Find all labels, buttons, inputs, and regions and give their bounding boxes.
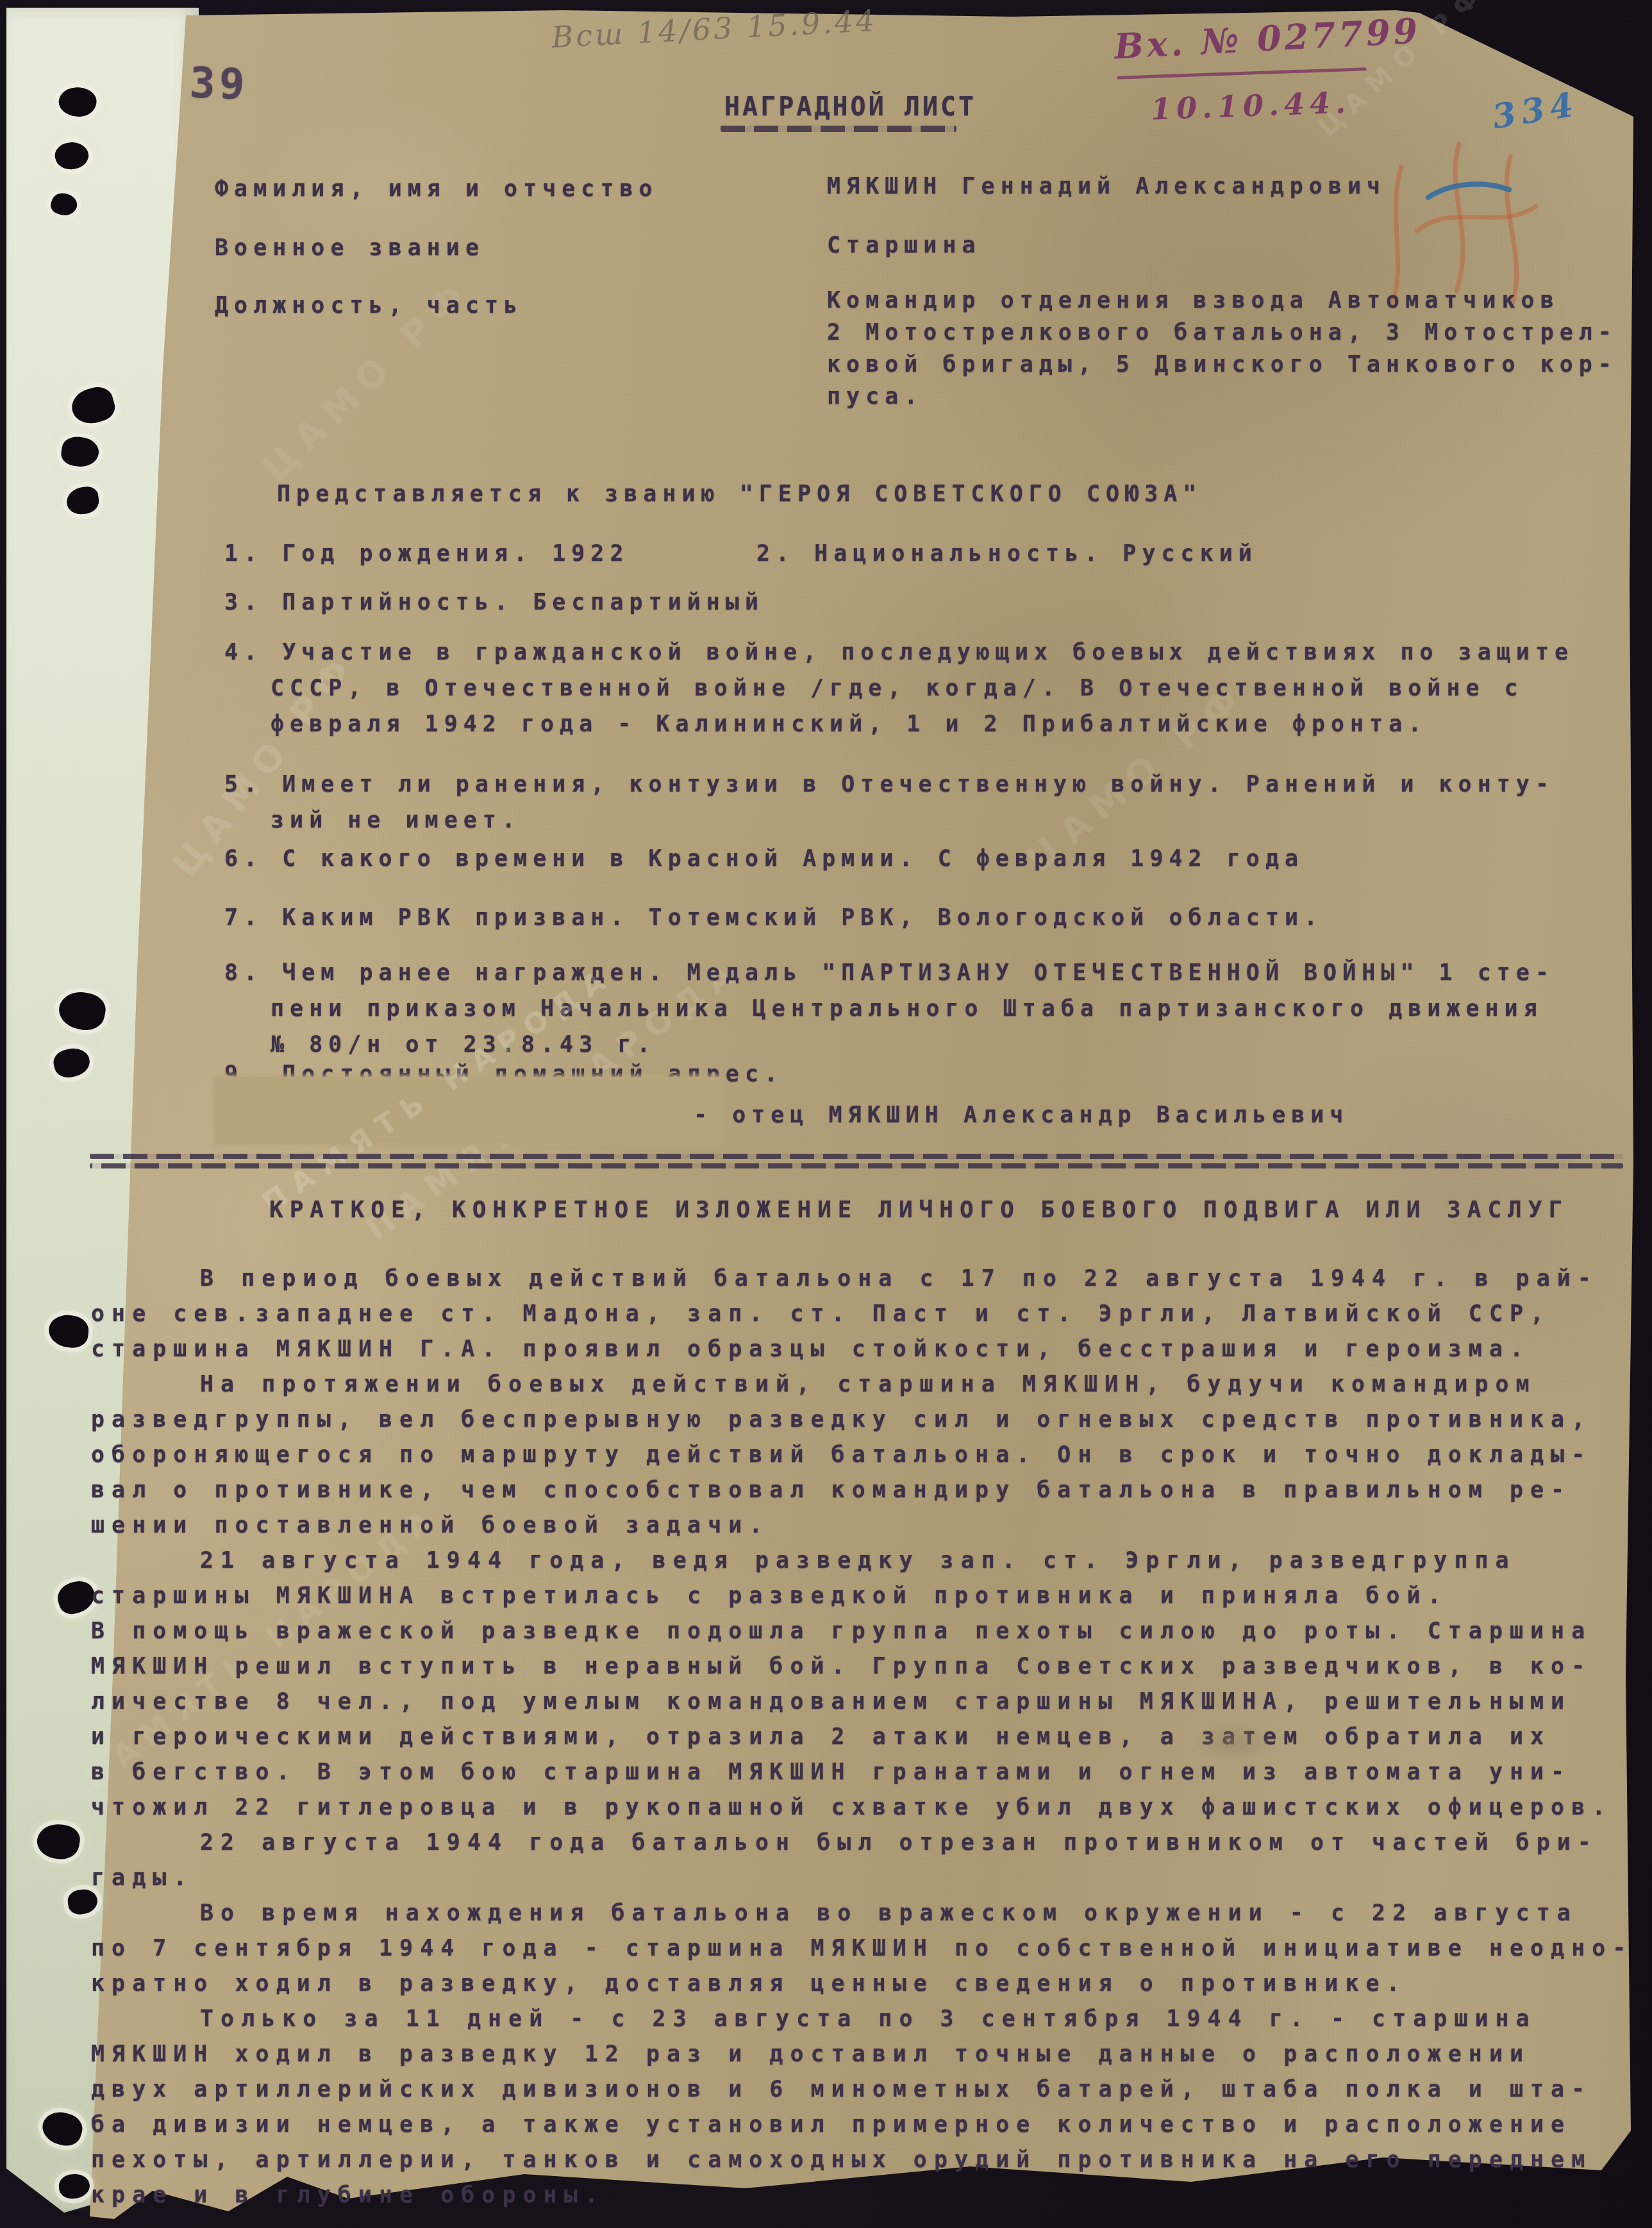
blue-checkmark-icon	[1424, 177, 1514, 204]
body-paragraph: 22 августа 1944 года батальон был отреза…	[91, 1825, 1642, 1896]
body-paragraph: На протяжении боевых действий, старшина …	[91, 1367, 1642, 1543]
section-header: КРАТКОЕ, КОНКРЕТНОЕ ИЗЛОЖЕНИЕ ЛИЧНОГО БО…	[269, 1192, 1569, 1227]
item-army-since: 6. С какого времени в Красной Армии. С ф…	[224, 841, 1304, 877]
ink-smudge	[1192, 1723, 1276, 1761]
field-name-label: Фамилия, имя и отчество	[215, 172, 658, 207]
page-stamp: 39	[189, 58, 249, 109]
title-underline	[721, 126, 956, 132]
field-position-label: Должность, часть	[215, 288, 523, 324]
item-birth-year: 1. Год рождения. 1922	[224, 536, 630, 572]
scanned-award-document: ЦАМО РФ ЦАМО РФ ПАМЯТЬ НАРОДА ЦАМО РФ ПА…	[0, 0, 1652, 2228]
body-paragraph: Во время нахождения батальона во вражеск…	[91, 1896, 1642, 2002]
incoming-date-handwriting: 10.10.44.	[1150, 85, 1351, 127]
field-rank-label: Военное звание	[215, 231, 485, 266]
item-war-participation: 4. Участие в гражданской войне, последую…	[224, 635, 1652, 742]
section-separator	[90, 1163, 1623, 1168]
presentation-line: Представляется к званию "ГЕРОЯ СОВЕТСКОГ…	[277, 477, 1202, 512]
item-wounds: 5. Имеет ли ранения, контузии в Отечеств…	[224, 767, 1652, 838]
field-rank-value: Старшина	[827, 228, 981, 263]
redacted-address-block	[215, 1077, 722, 1143]
item-drafted-by: 7. Каким РВК призван. Тотемский РВК, Вол…	[224, 900, 1323, 936]
field-position-value: Командир отделения взвода Автоматчиков 2…	[827, 285, 1628, 413]
item-prior-awards: 8. Чем ранее награжден. Медаль "ПАРТИЗАН…	[224, 955, 1652, 1063]
document-title: НАГРАДНОЙ ЛИСТ	[724, 90, 976, 125]
body-paragraph: Только за 11 дней - с 23 августа по 3 се…	[91, 2002, 1642, 2213]
body-paragraph: 21 августа 1944 года, ведя разведку зап.…	[91, 1543, 1642, 1825]
section-separator	[90, 1154, 1623, 1159]
body-paragraph: В период боевых действий батальона с 17 …	[91, 1261, 1642, 1367]
father-line: - отец МЯКШИН Александр Васильевич	[694, 1097, 1349, 1133]
item-nationality: 2. Национальность. Русский	[756, 536, 1258, 572]
field-name-value: МЯКШИН Геннадий Александрович	[827, 169, 1386, 204]
item-party-status: 3. Партийность. Беспартийный	[224, 585, 764, 620]
